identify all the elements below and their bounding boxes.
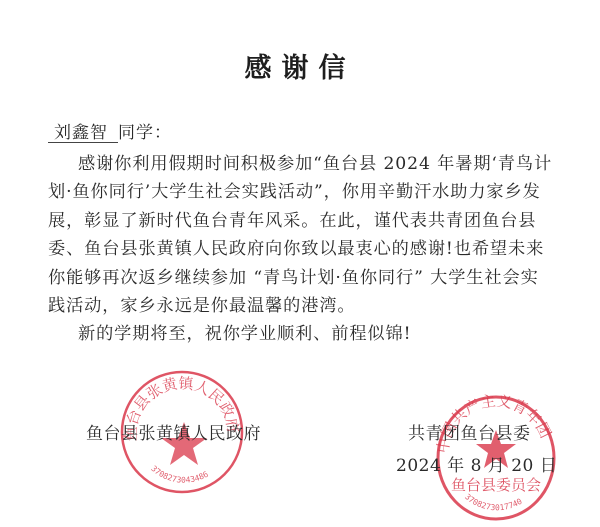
recipient-name: 刘鑫智 [48, 124, 118, 143]
body-line-2: 划·鱼你同行’大学生社会实践活动”，你用辛勤汗水助力家乡发 [48, 182, 534, 202]
svg-text:3708273043486: 3708273043486 [149, 464, 210, 485]
signature-date: 2024 年 8 月 20 日 [396, 451, 557, 476]
signature-right-org: 共青团鱼台县委 [408, 419, 531, 444]
signature-left-org: 鱼台县张黄镇人民政府 [86, 419, 261, 444]
svg-text:鱼台县委员会: 鱼台县委员会 [451, 476, 541, 494]
closing-line: 新的学期将至，祝你学业顺利、前程似锦! [78, 324, 564, 344]
salutation-suffix: 同学： [118, 123, 172, 143]
body-line-5: 你能够再次返乡继续参加 “青鸟计划·鱼你同行” 大学生社会实 [48, 268, 534, 288]
salutation: 刘鑫智同学： [48, 118, 172, 143]
letter-title: 感谢信 [0, 46, 600, 85]
body-line-4: 委、鱼台县张黄镇人民政府向你致以最衷心的感谢!也希望未来 [48, 239, 534, 259]
body-line-1: 感谢你利用假期时间积极参加“鱼台县 2024 年暑期‘青鸟计 [78, 154, 564, 174]
svg-text:3708273017740: 3708273017740 [463, 492, 524, 512]
body-line-3: 展，彰显了新时代鱼台青年风采。在此，谨代表共青团鱼台县 [48, 211, 534, 231]
body-line-6: 践活动，家乡永远是你最温馨的港湾。 [48, 296, 534, 316]
